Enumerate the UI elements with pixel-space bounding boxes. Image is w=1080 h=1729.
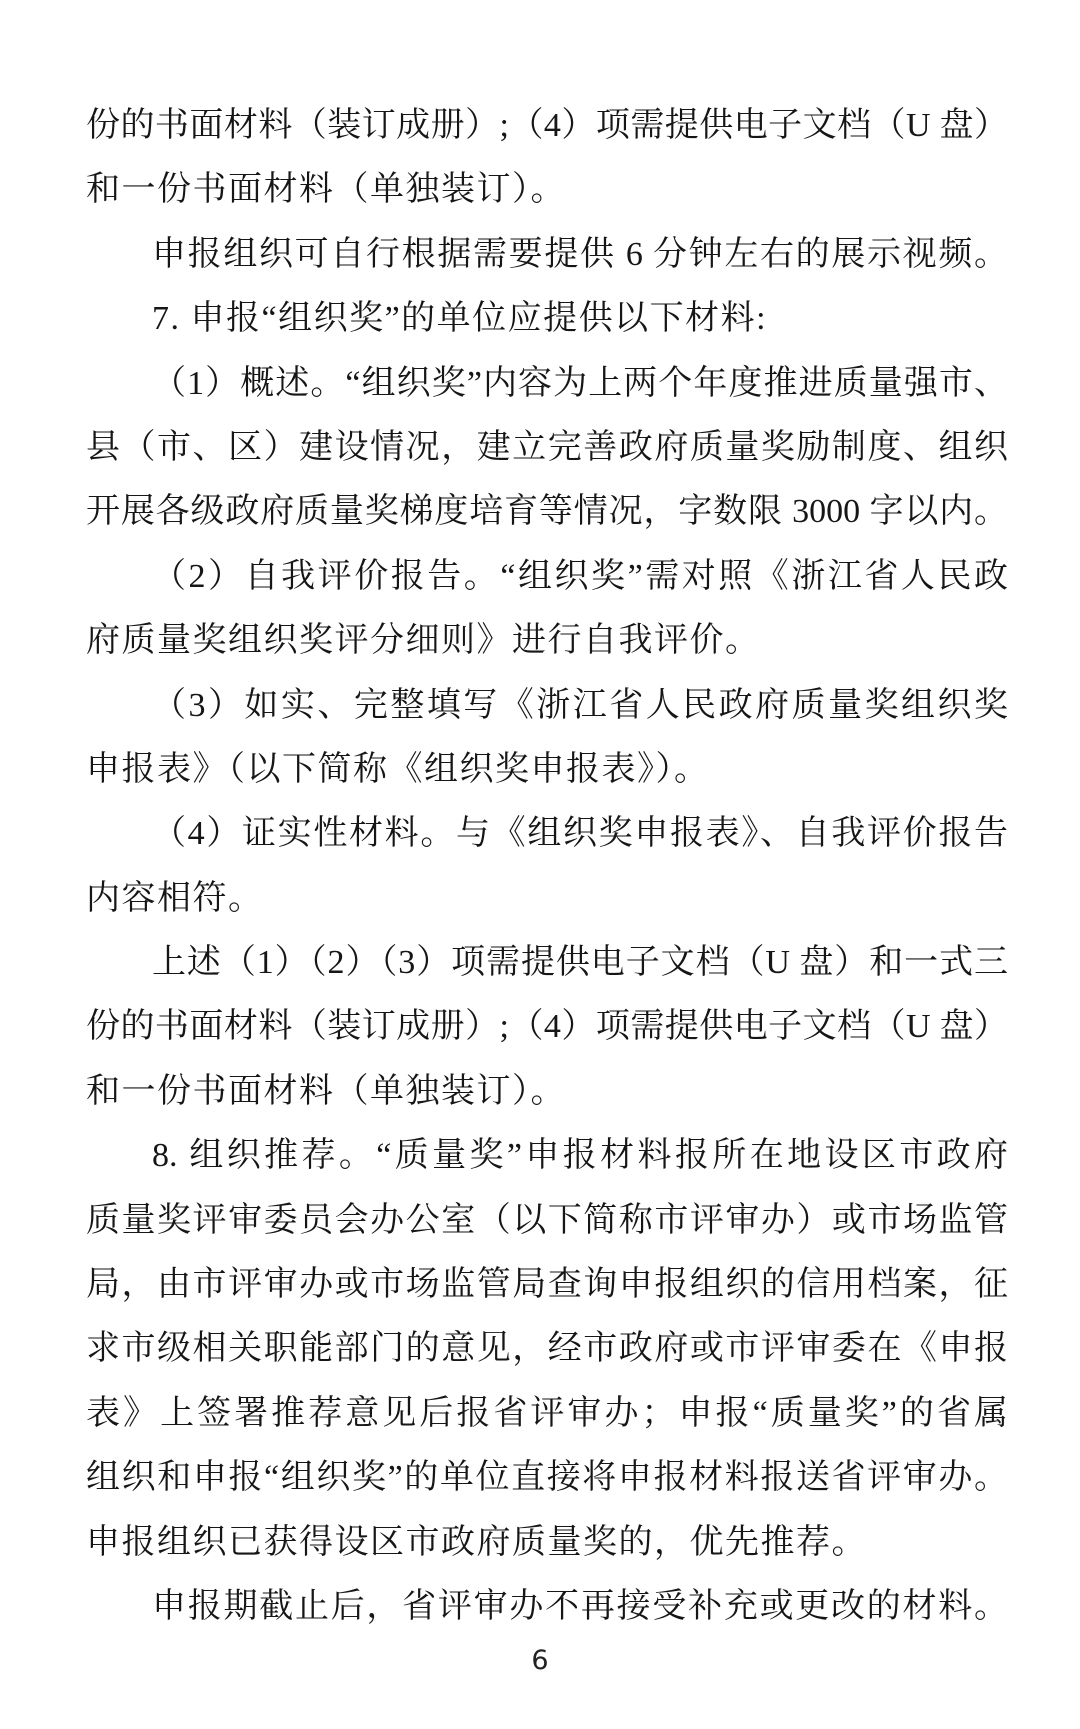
text-line: 申报组织已获得设区市政府质量奖的，优先推荐。 [86,1511,1008,1575]
text-line: 份的书面材料（装订成册）;（4）项需提供电子文档（U 盘） [86,94,1008,158]
text-line: （1）概述。“组织奖”内容为上两个年度推进质量强市、 [86,352,1008,416]
text-line: 求市级相关职能部门的意见，经市政府或市评审委在《申报 [86,1317,1008,1381]
text-line: 局，由市评审办或市场监管局查询申报组织的信用档案，征 [86,1253,1008,1317]
scanned-document-page: 份的书面材料（装订成册）;（4）项需提供电子文档（U 盘）和一份书面材料（单独装… [0,0,1080,1729]
text-line: 份的书面材料（装订成册）;（4）项需提供电子文档（U 盘） [86,995,1008,1059]
text-line: 申报期截止后，省评审办不再接受补充或更改的材料。 [86,1575,1008,1639]
text-line: 和一份书面材料（单独装订）。 [86,158,1008,222]
text-line: （3）如实、完整填写《浙江省人民政府质量奖组织奖 [86,674,1008,738]
text-line: 7. 申报“组织奖”的单位应提供以下材料: [86,287,1008,351]
page-number: 6 [0,1645,1080,1676]
text-line: 申报表》（以下简称《组织奖申报表》）。 [86,738,1008,802]
text-line: 申报组织可自行根据需要提供 6 分钟左右的展示视频。 [86,223,1008,287]
text-line: 组织和申报“组织奖”的单位直接将申报材料报送省评审办。 [86,1446,1008,1510]
text-line: 表》上签署推荐意见后报省评审办；申报“质量奖”的省属 [86,1382,1008,1446]
text-line: 内容相符。 [86,867,1008,931]
text-line: 开展各级政府质量奖梯度培育等情况，字数限 3000 字以内。 [86,480,1008,544]
text-line: 和一份书面材料（单独装订）。 [86,1060,1008,1124]
text-line: （2）自我评价报告。“组织奖”需对照《浙江省人民政 [86,545,1008,609]
text-line: 8. 组织推荐。“质量奖”申报材料报所在地设区市政府 [86,1124,1008,1188]
text-line: （4）证实性材料。与《组织奖申报表》、自我评价报告 [86,802,1008,866]
text-line: 上述（1）（2）（3）项需提供电子文档（U 盘）和一式三 [86,931,1008,995]
text-line: 县（市、区）建设情况，建立完善政府质量奖励制度、组织 [86,416,1008,480]
text-line: 质量奖评审委员会办公室（以下简称市评审办）或市场监管 [86,1189,1008,1253]
document-body-text: 份的书面材料（装订成册）;（4）项需提供电子文档（U 盘）和一份书面材料（单独装… [86,94,1008,1639]
text-line: 府质量奖组织奖评分细则》进行自我评价。 [86,609,1008,673]
